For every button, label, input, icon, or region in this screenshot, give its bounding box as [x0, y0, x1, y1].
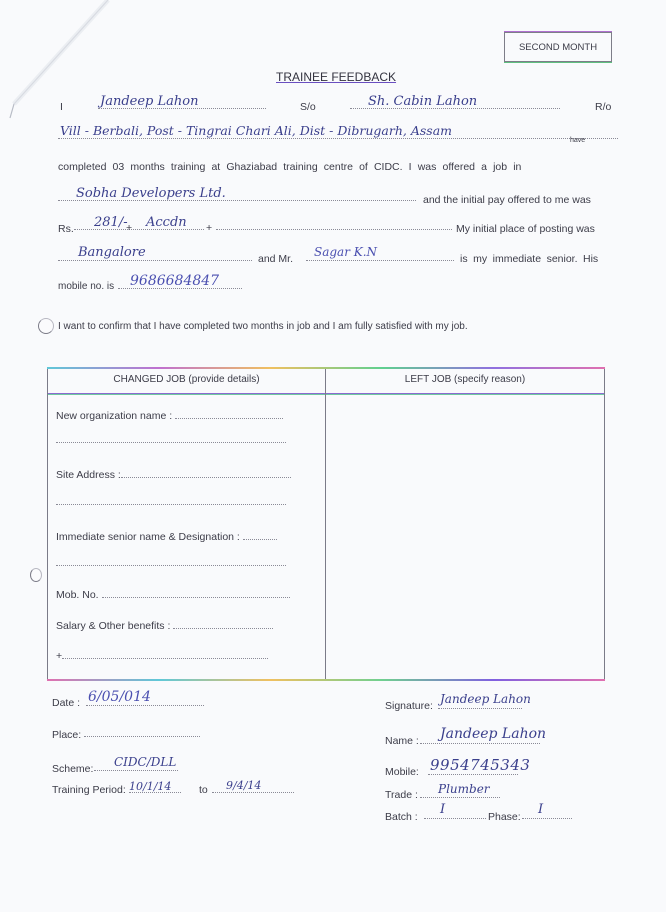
trade-field[interactable]: Plumber	[438, 782, 490, 796]
senior-designation-row-cont[interactable]	[56, 554, 286, 569]
pay-text: and the initial pay offered to me was	[423, 194, 591, 206]
trainee-name-field[interactable]: Jandeep Lahon	[100, 94, 198, 109]
completed-text: completed 03 months training at Ghaziaba…	[58, 161, 521, 173]
so-label: S/o	[300, 101, 316, 113]
mobile-field[interactable]: 9954745343	[430, 756, 530, 774]
posting-text: My initial place of posting was	[456, 223, 595, 235]
confirm-radio[interactable]	[38, 318, 54, 334]
trade-label: Trade :	[385, 789, 418, 801]
form-title: TRAINEE FEEDBACK	[276, 70, 396, 84]
address-field[interactable]: Vill - Berbali, Post - Tingrai Chari Ali…	[60, 123, 452, 138]
ro-label: R/o	[595, 101, 611, 113]
new-org-row-cont[interactable]	[56, 431, 286, 446]
page-fold-shadow	[0, 0, 120, 140]
date-field[interactable]: 6/05/014	[88, 689, 151, 705]
name-field[interactable]: Jandeep Lahon	[440, 726, 546, 742]
pay-amount-field[interactable]: 281/-	[94, 215, 128, 230]
signature-field[interactable]: Jandeep Lahon	[440, 692, 531, 706]
phase-field[interactable]: I	[538, 802, 543, 817]
scheme-field[interactable]: CIDC/DLL	[114, 755, 176, 769]
column-divider	[325, 369, 326, 679]
i-label: I	[60, 101, 63, 113]
feedback-form-page: SECOND MONTH TRAINEE FEEDBACK I Jandeep …	[0, 0, 666, 912]
batch-label: Batch :	[385, 811, 418, 823]
mob-no-row[interactable]: Mob. No.	[56, 586, 290, 601]
site-address-row-cont[interactable]	[56, 493, 286, 508]
date-label: Date :	[52, 697, 80, 709]
plus-2: +	[206, 222, 212, 234]
senior-name-field[interactable]: Sagar K.N	[314, 245, 377, 259]
have-label: have	[570, 137, 585, 144]
scheme-label: Scheme:	[52, 763, 93, 775]
confirm-text: I want to confirm that I have completed …	[58, 321, 468, 332]
changed-job-header: CHANGED JOB (provide details)	[48, 374, 325, 385]
company-field[interactable]: Sobha Developers Ltd.	[76, 186, 226, 201]
to-label: to	[199, 784, 208, 796]
mobile-label: Mobile:	[385, 766, 419, 778]
batch-field[interactable]: I	[440, 802, 445, 817]
mobile-no-label: mobile no. is	[58, 281, 114, 292]
rs-label: Rs.	[58, 223, 74, 235]
signature-label: Signature:	[385, 700, 433, 712]
posting-place-field[interactable]: Bangalore	[78, 245, 146, 260]
name-label: Name :	[385, 735, 419, 747]
senior-text: is my immediate senior. His	[460, 253, 598, 265]
father-name-field[interactable]: Sh. Cabin Lahon	[368, 94, 477, 109]
job-change-table: CHANGED JOB (provide details) LEFT JOB (…	[47, 368, 605, 680]
training-to-field[interactable]: 9/4/14	[226, 779, 261, 792]
new-org-row[interactable]: New organization name :	[56, 407, 283, 422]
table-border-decoration-bottom	[47, 679, 605, 681]
and-mr-label: and Mr.	[258, 253, 293, 265]
phase-label: Phase:	[488, 811, 521, 823]
month-badge-text: SECOND MONTH	[519, 42, 597, 53]
plus-1: +	[126, 222, 132, 234]
left-job-header: LEFT JOB (specify reason)	[326, 374, 604, 385]
punch-hole-mark	[30, 568, 42, 582]
place-label: Place:	[52, 729, 81, 741]
senior-mobile-field[interactable]: 9686684847	[130, 273, 219, 289]
salary-row[interactable]: Salary & Other benefits :	[56, 617, 273, 632]
site-address-row[interactable]: Site Address :	[56, 466, 291, 481]
month-badge: SECOND MONTH	[504, 32, 612, 62]
training-period-label: Training Period:	[52, 784, 126, 796]
senior-designation-row[interactable]: Immediate senior name & Designation :	[56, 528, 277, 543]
pay-extra-field[interactable]: Accdn	[146, 215, 187, 230]
salary-extra-row[interactable]: +	[56, 647, 268, 662]
